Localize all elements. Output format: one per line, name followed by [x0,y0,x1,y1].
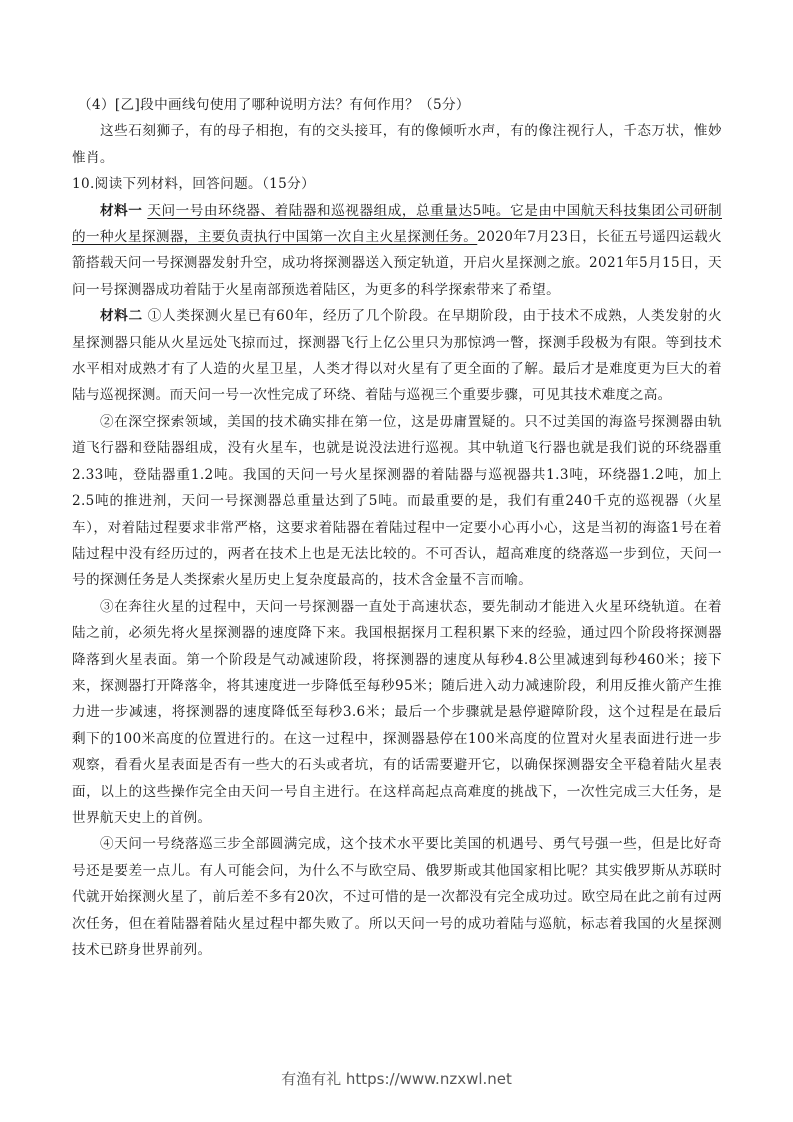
material-2-paragraph-3: ③在奔往火星的过程中，天问一号探测器一直处于高速状态，要先制动才能进入火星环绕轨… [72,594,722,832]
question-4-quote: 这些石刻狮子，有的母子相抱，有的交头接耳，有的像倾听水声，有的像注视行人，千态万… [72,118,722,171]
question-4-prompt: （4）[乙]段中画线句使用了哪种说明方法？有何作用？（5分） [78,92,722,118]
material-2-label: 材料二 [100,308,143,324]
document-page: （4）[乙]段中画线句使用了哪种说明方法？有何作用？（5分） 这些石刻狮子，有的… [72,92,722,963]
footer-watermark: 有渔有礼 https://www.nzxwl.net [0,1068,793,1089]
material-2-text-1: ①人类探测火星已有60年，经历了几个阶段。在早期阶段，由于技术不成熟，人类发射的… [72,308,722,403]
material-2-paragraph-4: ④天问一号绕落巡三步全部圆满完成，这个技术水平要比美国的机遇号、勇气号强一些，但… [72,831,722,963]
material-1-label: 材料一 [100,203,142,219]
question-10-prompt: 10.阅读下列材料，回答问题。（15分） [72,171,722,197]
material-2-paragraph-1: 材料二 ①人类探测火星已有60年，经历了几个阶段。在早期阶段，由于技术不成熟，人… [72,303,722,409]
material-2-paragraph-2: ②在深空探索领域，美国的技术确实排在第一位，这是毋庸置疑的。只不过美国的海盗号探… [72,409,722,594]
material-1-paragraph: 材料一 天问一号由环绕器、着陆器和巡视器组成，总重量达5吨。它是由中国航天科技集… [72,198,722,304]
